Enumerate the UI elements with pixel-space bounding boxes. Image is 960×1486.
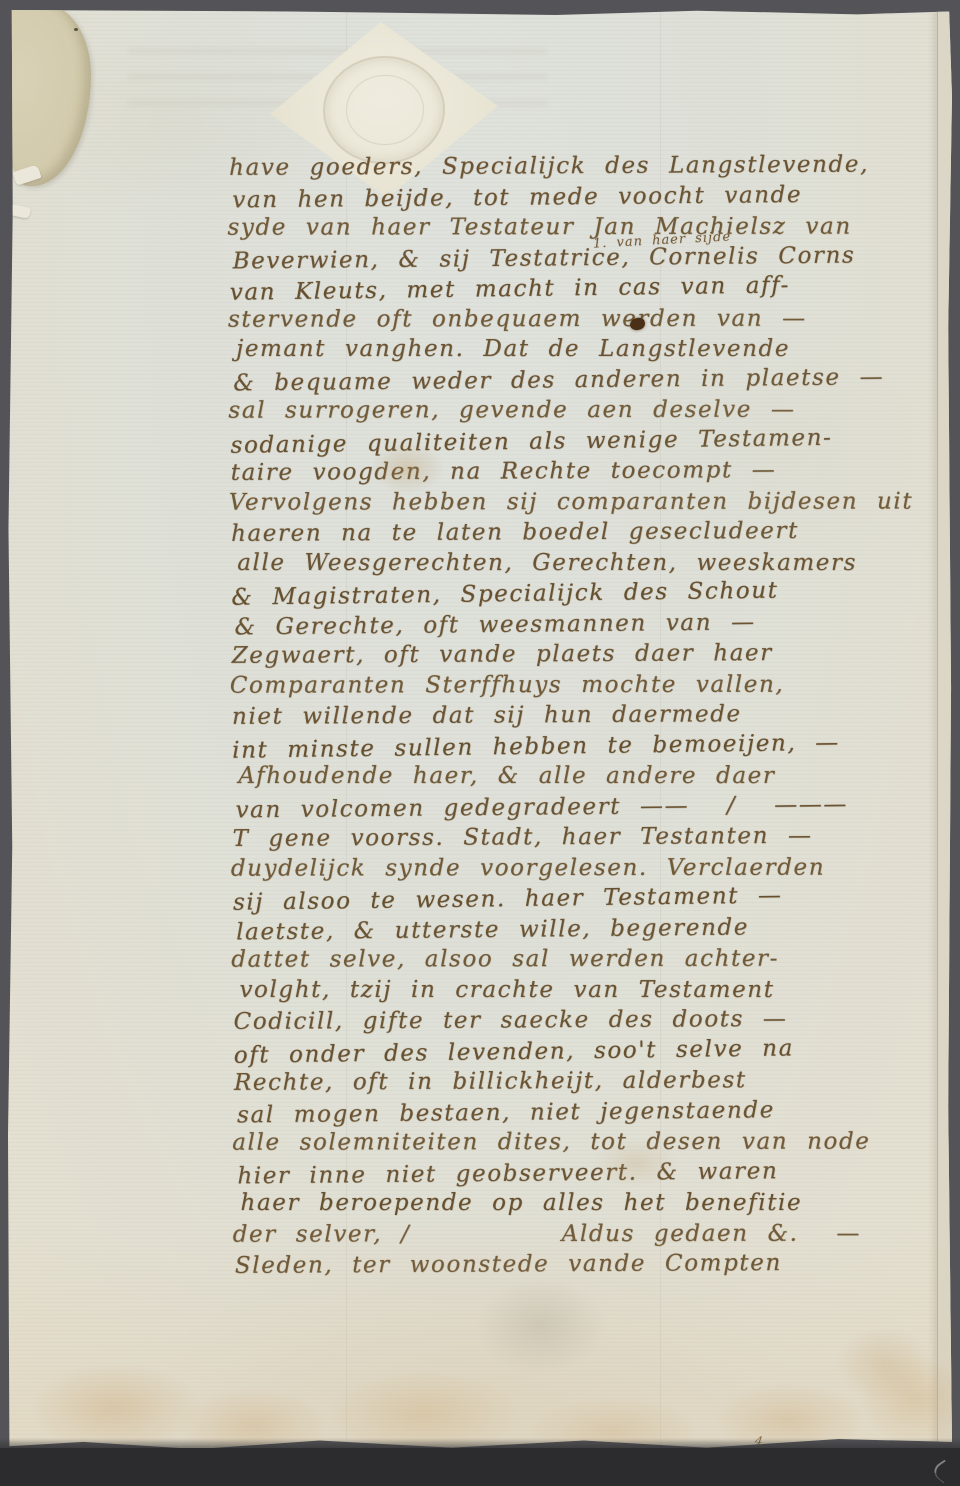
manuscript-line: dattet selve, alsoo sal werden achter- bbox=[231, 943, 951, 975]
manuscript-line: sal mogen bestaen, niet jegenstaende bbox=[237, 1093, 957, 1130]
background-bottom-band bbox=[0, 1448, 960, 1486]
manuscript-line: hier inne niet geobserveert. & waren bbox=[237, 1154, 957, 1191]
manuscript-line: Vervolgens hebben sij comparanten bijdes… bbox=[229, 486, 949, 518]
stain bbox=[836, 1326, 932, 1402]
manuscript-line: haer beroepende op alles het benefitie bbox=[241, 1188, 960, 1219]
photograph-background: have goeders, Specialijck des Langstleve… bbox=[0, 0, 960, 1486]
manuscript-line: Comparanten Sterffhuys mochte vallen, bbox=[230, 669, 950, 701]
manuscript-line: Zegwaert, oft vande plaets daer haer bbox=[232, 637, 952, 671]
seal-emboss-ring bbox=[321, 54, 447, 166]
manuscript-line: T gene voorss. Stadt, haer Testanten — bbox=[233, 820, 953, 854]
manuscript-line: haeren na te laten boedel gesecludeert bbox=[231, 515, 951, 549]
manuscript-line: stervende oft onbequaem werden van — bbox=[228, 303, 948, 335]
manuscript-line: van volcomen gedegradeert —— / ——— bbox=[235, 788, 955, 825]
manuscript-line: have goeders, Specialijck des Langstleve… bbox=[229, 149, 949, 183]
manuscript-line: der selver, / Aldus gedaen &. — bbox=[233, 1218, 953, 1250]
manuscript-line: volght, tzij in crachte van Testament bbox=[239, 974, 959, 1005]
manuscript-line: syde van haer Testateur Jan Machielsz va… bbox=[227, 211, 947, 243]
manuscript-line: laetste, & utterste wille, begerende bbox=[236, 910, 956, 947]
manuscript-line: alle Weesgerechten, Gerechten, weeskamer… bbox=[237, 547, 957, 577]
torn-corner-underlay bbox=[3, 4, 91, 186]
manuscript-page: have goeders, Specialijck des Langstleve… bbox=[8, 10, 952, 1452]
manuscript-line: & Gerechte, oft weesmannen van — bbox=[234, 605, 954, 642]
manuscript-line: Sleden, ter woonstede vande Compten bbox=[235, 1247, 955, 1281]
manuscript-line: sal surrogeren, gevende aen deselve — bbox=[228, 394, 948, 426]
manuscript-text: have goeders, Specialijck des Langstleve… bbox=[229, 149, 955, 1281]
paper-speck bbox=[74, 28, 78, 31]
manuscript-line: Afhoudende haer, & alle andere daer bbox=[238, 761, 958, 792]
manuscript-line: van hen beijde, tot mede voocht vande bbox=[232, 178, 952, 215]
manuscript-line: & bequame weder des anderen in plaetse — bbox=[233, 361, 953, 398]
manuscript-line: jemant vanghen. Dat de Langstlevende bbox=[236, 334, 956, 365]
manuscript-line: alle solemniteiten dites, tot desen van … bbox=[232, 1126, 952, 1158]
paper-shard bbox=[9, 204, 31, 219]
stain bbox=[476, 1278, 606, 1374]
